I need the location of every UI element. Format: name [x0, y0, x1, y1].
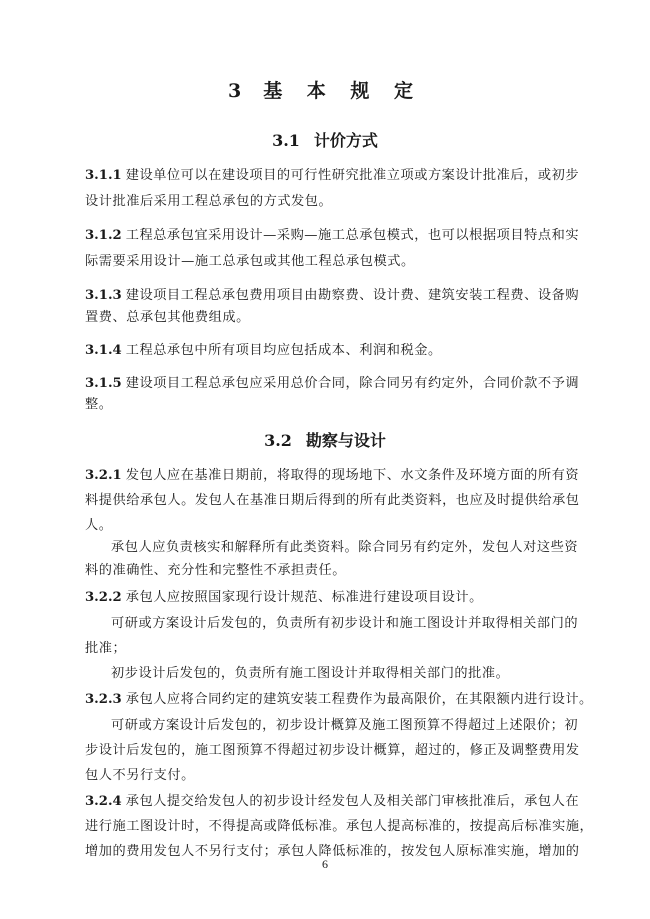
paragraph-text: 工程总承包宜采用设计—采购—施工总承包模式，也可以根据项目特点和实	[126, 228, 579, 243]
paragraph-line: 步设计后发包的，施工图预算不得超过初步设计概算，超过的，修正及调整费用发	[85, 741, 575, 761]
paragraph-text: 包人不另行支付。	[85, 768, 195, 783]
paragraph-text: 建设项目工程总承包费用项目由勘察费、设计费、建筑安装工程费、设备购	[126, 288, 579, 303]
paragraph-line: 料提供给承包人。发包人在基准日期后得到的所有此类资料，也应及时提供给承包	[85, 491, 575, 511]
chapter-number: 3	[228, 80, 241, 102]
paragraph-text: 承包人应将合同约定的建筑安装工程费作为最高限价，在其限额内进行设计。	[126, 692, 593, 707]
clause-number: 3.2.1	[85, 468, 122, 483]
paragraph-text: 批准；	[85, 641, 126, 656]
paragraph-text: 发包人应在基准日期前，将取得的现场地下、水文条件及环境方面的所有资	[126, 468, 579, 483]
section-title-text: 计价方式	[314, 131, 378, 150]
clause-number: 3.1.5	[85, 376, 122, 391]
clause-3-1-3: 3.1.3建设项目工程总承包费用项目由勘察费、设计费、建筑安装工程费、设备购	[85, 286, 575, 306]
paragraph-line: 可研或方案设计后发包的，初步设计概算及施工图预算不得超过上述限价；初	[111, 716, 601, 736]
section-title-3-1: 3.1计价方式	[0, 128, 650, 151]
clause-3-1-1: 3.1.1建设单位可以在建设项目的可行性研究批准立项或方案设计批准后，或初步	[85, 166, 575, 186]
document-page: 3基 本 规 定 3.1计价方式 3.1.1建设单位可以在建设项目的可行性研究批…	[0, 0, 650, 919]
clause-number: 3.1.3	[85, 288, 122, 303]
paragraph-text: 可研或方案设计后发包的，负责所有初步设计和施工图设计并取得相关部门的	[111, 616, 578, 631]
paragraph-text: 整。	[85, 397, 112, 412]
paragraph-line: 整。	[85, 395, 575, 415]
clause-number: 3.1.4	[85, 343, 122, 358]
paragraph-text: 可研或方案设计后发包的，初步设计概算及施工图预算不得超过上述限价；初	[111, 718, 578, 733]
clause-3-1-2: 3.1.2工程总承包宜采用设计—采购—施工总承包模式，也可以根据项目特点和实	[85, 226, 575, 246]
clause-3-1-4: 3.1.4工程总承包中所有项目均应包括成本、利润和税金。	[85, 341, 575, 361]
paragraph-text: 建设单位可以在建设项目的可行性研究批准立项或方案设计批准后，或初步	[126, 168, 579, 183]
chapter-title: 3基 本 规 定	[0, 76, 650, 103]
paragraph-text: 初步设计后发包的，负责所有施工图设计并取得相关部门的批准。	[111, 666, 509, 681]
paragraph-text: 工程总承包中所有项目均应包括成本、利润和税金。	[126, 343, 442, 358]
chapter-title-text: 基 本 规 定	[263, 80, 422, 102]
paragraph-line: 批准；	[85, 639, 575, 659]
clause-number: 3.1.1	[85, 168, 122, 183]
clause-3-2-4: 3.2.4承包人提交给发包人的初步设计经发包人及相关部门审核批准后，承包人在	[85, 792, 575, 812]
paragraph-text: 料的准确性、充分性和完整性不承担责任。	[85, 563, 346, 578]
paragraph-text: 进行施工图设计时，不得提高或降低标准。承包人提高标准的，按提高后标准实施，	[85, 819, 593, 834]
paragraph-line: 人。	[85, 516, 575, 536]
clause-number: 3.2.2	[85, 590, 122, 605]
paragraph-line: 设计批准后采用工程总承包的方式发包。	[85, 192, 575, 212]
clause-3-2-1: 3.2.1发包人应在基准日期前，将取得的现场地下、水文条件及环境方面的所有资	[85, 466, 575, 486]
paragraph-text: 步设计后发包的，施工图预算不得超过初步设计概算，超过的，修正及调整费用发	[85, 743, 580, 758]
paragraph-line: 初步设计后发包的，负责所有施工图设计并取得相关部门的批准。	[111, 664, 601, 684]
clause-number: 3.1.2	[85, 228, 122, 243]
paragraph-text: 承包人提交给发包人的初步设计经发包人及相关部门审核批准后，承包人在	[126, 794, 579, 809]
paragraph-text: 建设项目工程总承包应采用总价合同，除合同另有约定外，合同价款不予调	[126, 376, 579, 391]
paragraph-line: 进行施工图设计时，不得提高或降低标准。承包人提高标准的，按提高后标准实施，	[85, 817, 575, 837]
paragraph-text: 人。	[85, 518, 112, 533]
section-number: 3.1	[272, 131, 300, 150]
clause-number: 3.2.4	[85, 794, 122, 809]
paragraph-text: 承包人应按照国家现行设计规范、标准进行建设项目设计。	[126, 590, 483, 605]
paragraph-text: 际需要采用设计—施工总承包或其他工程总承包模式。	[85, 254, 415, 269]
paragraph-line: 际需要采用设计—施工总承包或其他工程总承包模式。	[85, 252, 575, 272]
paragraph-line: 承包人应负责核实和解释所有此类资料。除合同另有约定外，发包人对这些资	[111, 538, 601, 558]
paragraph-text: 置费、总承包其他费组成。	[85, 310, 250, 325]
paragraph-line: 可研或方案设计后发包的，负责所有初步设计和施工图设计并取得相关部门的	[111, 614, 601, 634]
section-title-3-2: 3.2勘察与设计	[0, 428, 650, 451]
clause-number: 3.2.3	[85, 692, 122, 707]
clause-3-1-5: 3.1.5建设项目工程总承包应采用总价合同，除合同另有约定外，合同价款不予调	[85, 374, 575, 394]
section-title-text: 勘察与设计	[306, 431, 386, 450]
paragraph-text: 料提供给承包人。发包人在基准日期后得到的所有此类资料，也应及时提供给承包	[85, 493, 580, 508]
page-number: 6	[0, 857, 650, 872]
clause-3-2-3: 3.2.3承包人应将合同约定的建筑安装工程费作为最高限价，在其限额内进行设计。	[85, 690, 575, 710]
paragraph-text: 承包人应负责核实和解释所有此类资料。除合同另有约定外，发包人对这些资	[111, 540, 578, 555]
section-number: 3.2	[264, 431, 292, 450]
paragraph-text: 设计批准后采用工程总承包的方式发包。	[85, 194, 332, 209]
paragraph-line: 料的准确性、充分性和完整性不承担责任。	[85, 561, 575, 581]
paragraph-line: 置费、总承包其他费组成。	[85, 308, 575, 328]
paragraph-line: 包人不另行支付。	[85, 766, 575, 786]
clause-3-2-2: 3.2.2承包人应按照国家现行设计规范、标准进行建设项目设计。	[85, 588, 575, 608]
